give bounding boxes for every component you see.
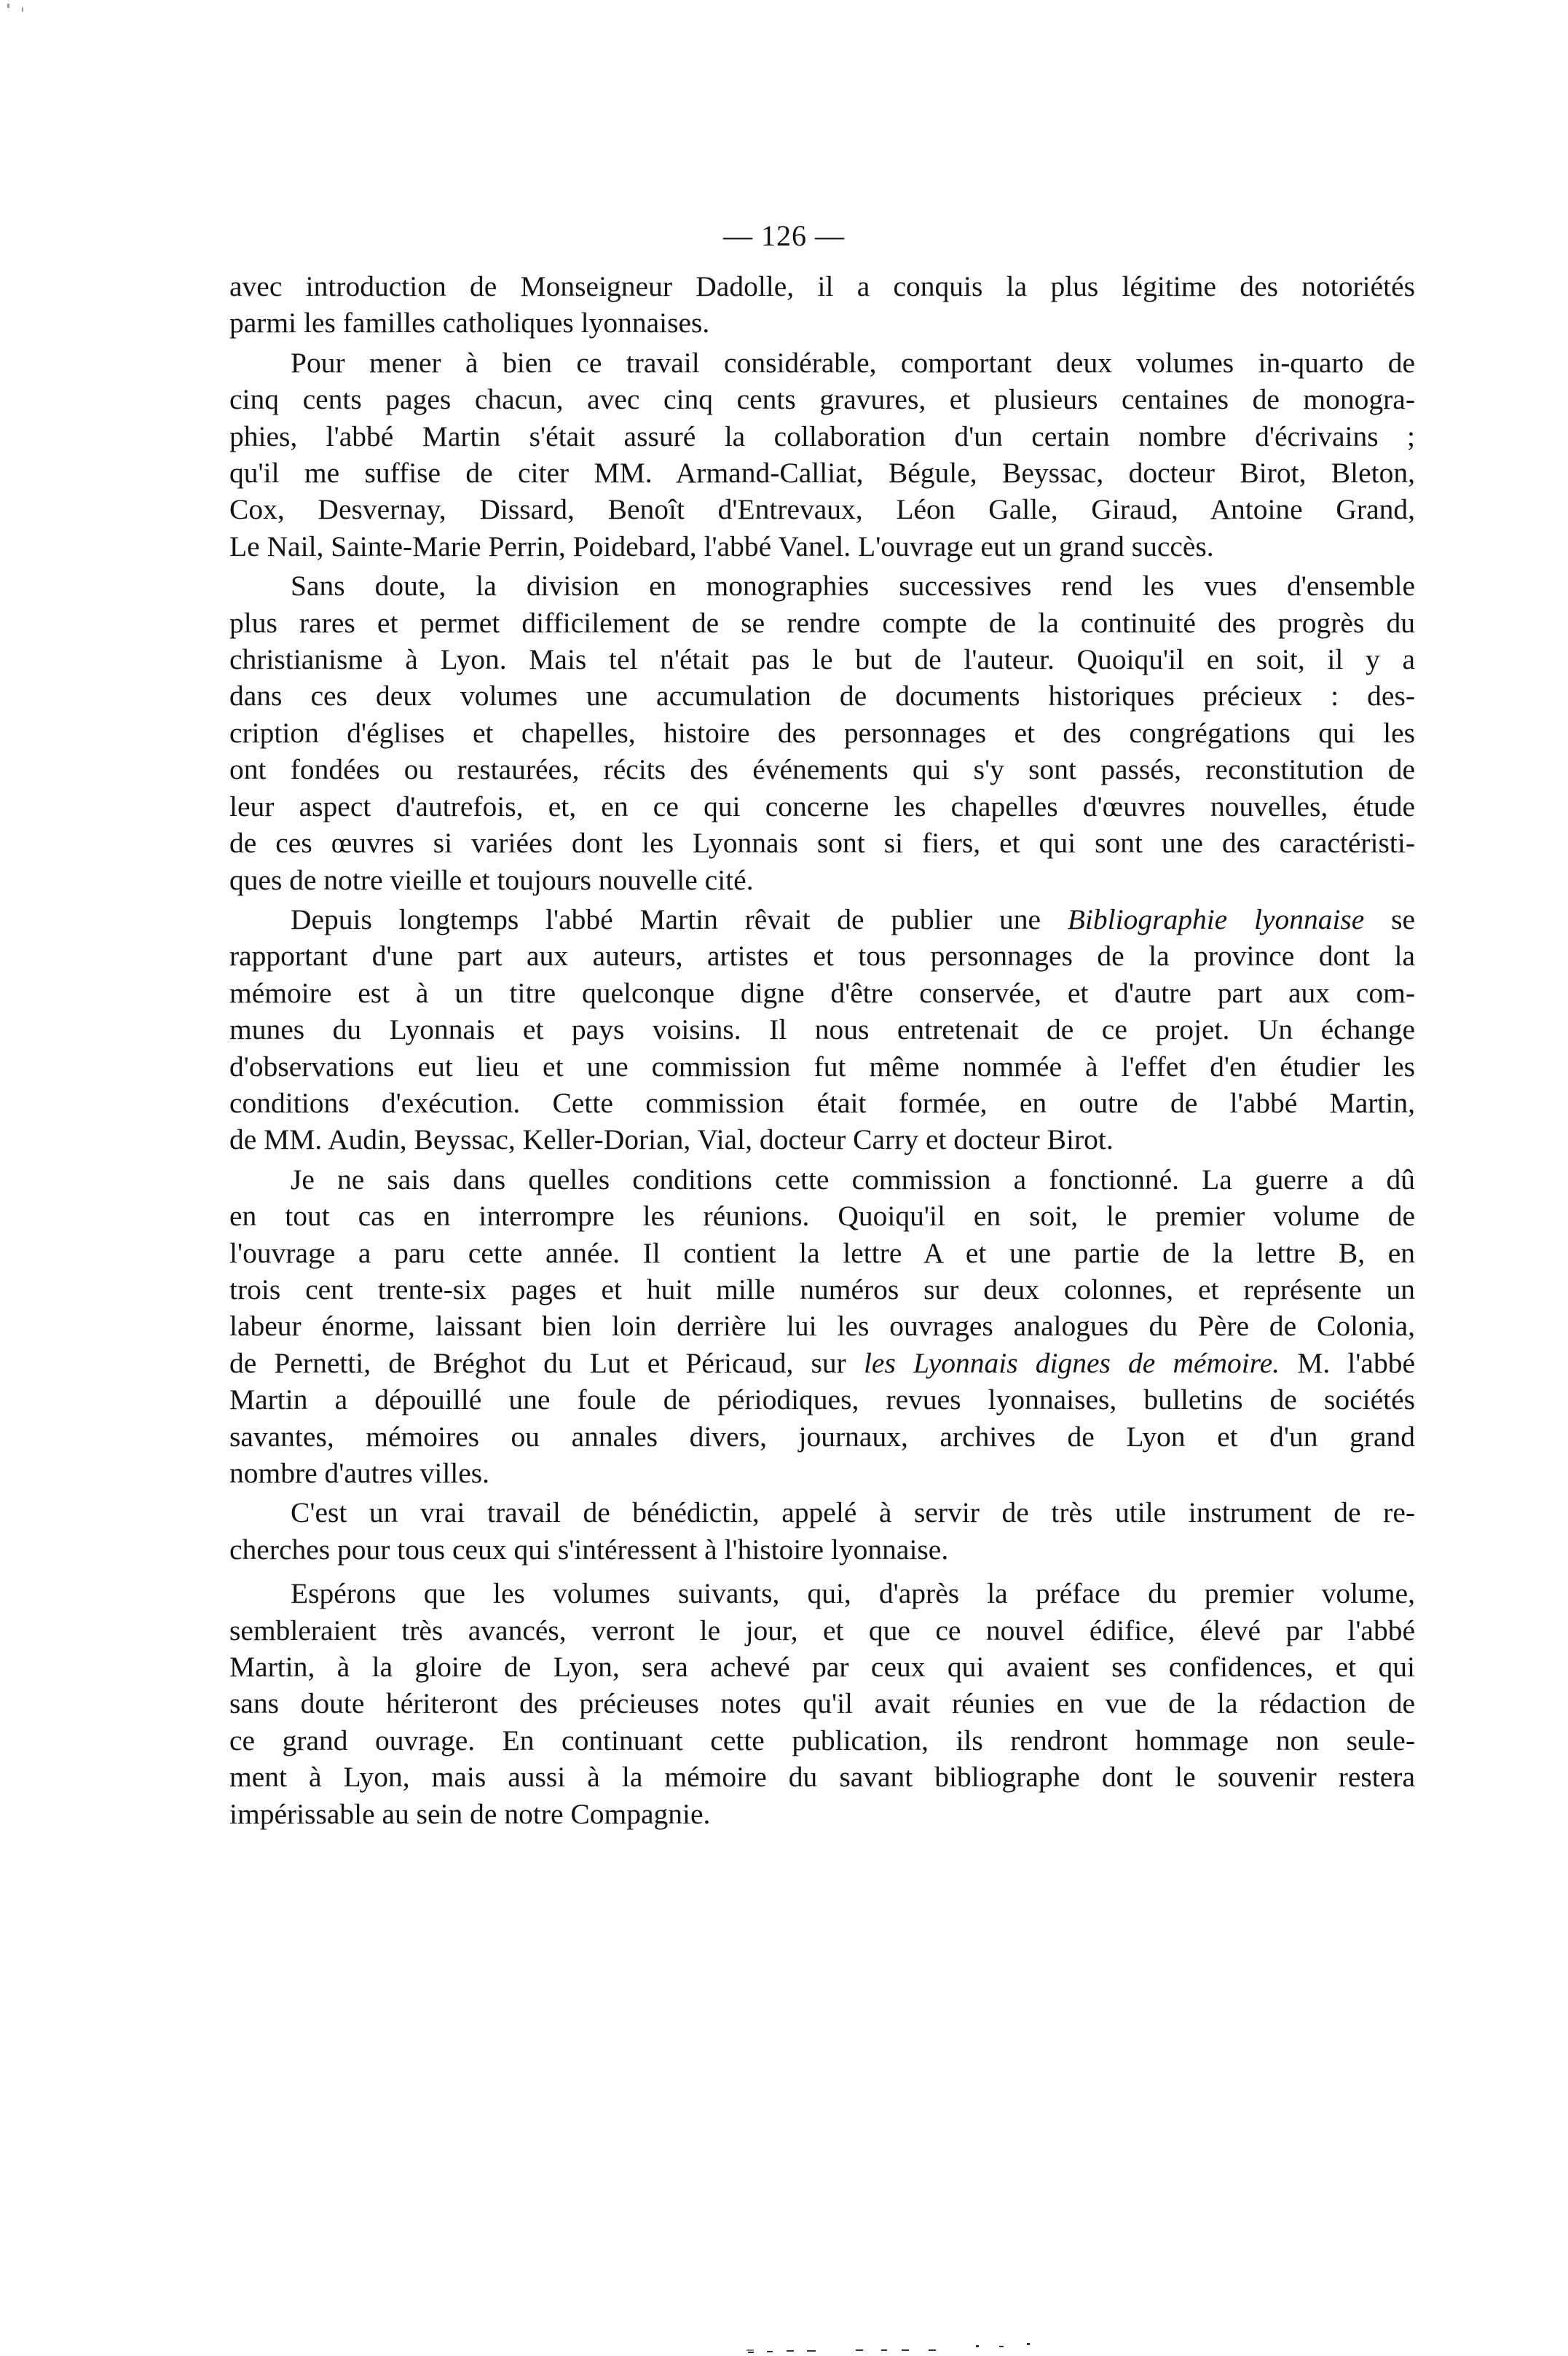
scan-mark [976,2345,979,2347]
text-line: Sans doute, la division en monographies … [229,568,1415,604]
text-line: trois cent trente-six pages et huit mill… [229,1271,1415,1308]
text-line: ont fondées ou restaurées, récits des év… [229,751,1415,788]
text-line: impérissable au sein de notre Compagnie. [229,1796,1415,1832]
paragraph: Je ne sais dans quelles conditions cette… [229,1161,1415,1492]
text-line: sans doute hériteront des précieuses not… [229,1685,1415,1721]
text-line: nombre d'autres villes. [229,1455,1415,1491]
text-line: Je ne sais dans quelles conditions cette… [229,1161,1415,1198]
body-text: avec introduction de Monseigneur Dadolle… [229,268,1415,1832]
italic-title: les Lyonnais dignes de mémoire. [864,1347,1280,1379]
text-line: sembleraient très avancés, verront le jo… [229,1612,1415,1649]
text-line: labeur énorme, laissant bien loin derriè… [229,1308,1415,1344]
text-line: Le Nail, Sainte-Marie Perrin, Poidebard,… [229,528,1415,565]
text-line: dans ces deux volumes une accumulation d… [229,678,1415,714]
text-line: qu'il me suffise de citer MM. Armand-Cal… [229,455,1415,491]
text-line: d'observations eut lieu et une commissio… [229,1048,1415,1085]
paragraph: Espérons que les volumes suivants, qui, … [229,1575,1415,1832]
scan-mark [767,2351,773,2352]
text-line: C'est un vrai travail de bénédictin, app… [229,1494,1415,1531]
text-line: christianisme à Lyon. Mais tel n'était p… [229,641,1415,678]
scan-mark [7,4,9,8]
paragraph: Pour mener à bien ce travail considérabl… [229,345,1415,565]
paragraph: avec introduction de Monseigneur Dadolle… [229,268,1415,342]
text-line: Pour mener à bien ce travail considérabl… [229,345,1415,381]
text-line: en tout cas en interrompre les réunions.… [229,1198,1415,1234]
text-line: de Pernetti, de Bréghot du Lut et Périca… [229,1345,1415,1381]
text-line: leur aspect d'autrefois, et, en ce qui c… [229,788,1415,825]
scan-mark [999,2346,1004,2347]
page-number: — 126 — [0,219,1568,253]
text-line: avec introduction de Monseigneur Dadolle… [229,268,1415,305]
text-line: ment à Lyon, mais aussi à la mémoire du … [229,1759,1415,1795]
scan-mark [856,2349,863,2351]
text-line: Cox, Desvernay, Dissard, Benoît d'Entrev… [229,491,1415,527]
text-line: Espérons que les volumes suivants, qui, … [229,1575,1415,1611]
paragraph: Sans doute, la division en monographies … [229,568,1415,898]
text-line: rapportant d'une part aux auteurs, artis… [229,938,1415,974]
scan-mark [902,2349,909,2351]
text-line: mémoire est à un titre quelconque digne … [229,975,1415,1011]
text-line: cinq cents pages chacun, avec cinq cents… [229,381,1415,417]
italic-title: Bibliographie lyonnaise [1068,903,1365,935]
text-line: phies, l'abbé Martin s'était assuré la c… [229,418,1415,455]
text-line: l'ouvrage a paru cette année. Il contien… [229,1235,1415,1271]
text-line: Martin a dépouillé une foule de périodiq… [229,1381,1415,1418]
text-line: savantes, mémoires ou annales divers, jo… [229,1418,1415,1455]
text-line: de ces œuvres si variées dont les Lyonna… [229,825,1415,861]
scan-mark [746,2349,754,2351]
paragraph: Depuis longtemps l'abbé Martin rêvait de… [229,901,1415,1158]
text-line: parmi les familles catholiques lyonnaise… [229,305,1415,341]
text-line: de MM. Audin, Beyssac, Keller-Dorian, Vi… [229,1121,1415,1158]
scan-mark [929,2349,936,2351]
scan-mark [807,2350,816,2352]
paragraph: C'est un vrai travail de bénédictin, app… [229,1494,1415,1568]
text-line: conditions d'exécution. Cette commission… [229,1085,1415,1121]
text-line: munes du Lyonnais et pays voisins. Il no… [229,1011,1415,1048]
text-line: ques de notre vieille et toujours nouvel… [229,862,1415,898]
text-line: ce grand ouvrage. En continuant cette pu… [229,1722,1415,1759]
text-line: cription d'églises et chapelles, histoir… [229,715,1415,751]
scan-mark [22,7,23,12]
text-line: plus rares et permet difficilement de se… [229,605,1415,641]
text-line: Martin, à la gloire de Lyon, sera achevé… [229,1649,1415,1685]
scan-mark [1027,2343,1030,2345]
scan-mark [748,2352,754,2353]
scan-mark [881,2349,887,2351]
scan-mark [787,2350,794,2352]
text-line: cherches pour tous ceux qui s'intéressen… [229,1531,1415,1568]
text-line: Depuis longtemps l'abbé Martin rêvait de… [229,901,1415,938]
